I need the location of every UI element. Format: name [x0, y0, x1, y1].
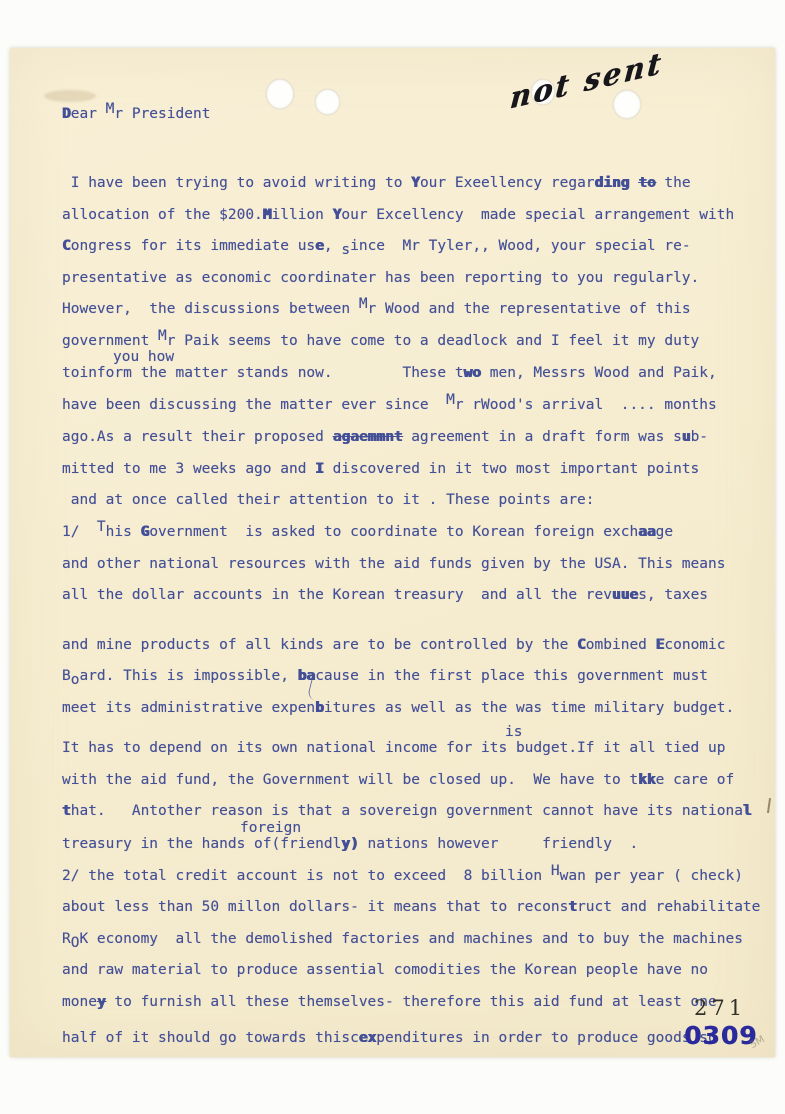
- overstruck-text: C: [62, 238, 71, 254]
- overstruck-text: Y: [333, 207, 342, 223]
- body-line-25: and raw material to produce assential co…: [62, 960, 708, 980]
- body-line-17: meet its administrative expenbitures as …: [62, 698, 734, 718]
- body-line-27: half of it should go towards thiscexpend…: [62, 1028, 717, 1048]
- body-line-4: presentative as economic coordinater has…: [62, 268, 699, 288]
- body-line-12: 1/ This Government is asked to coordinat…: [62, 522, 673, 542]
- raised-character: M: [158, 328, 167, 344]
- body-line-23: about less than 50 millon dollars- it me…: [62, 897, 760, 917]
- overstruck-text: kk: [638, 772, 655, 788]
- body-line-15: and mine products of all kinds are to be…: [62, 635, 725, 655]
- raised-character: M: [106, 101, 115, 117]
- raised-character: T: [97, 519, 106, 535]
- raised-character: H: [551, 863, 560, 879]
- overstruck-text: ding: [595, 175, 630, 191]
- overstruck-text: Y: [411, 175, 420, 191]
- page-number-stamp: 271: [694, 996, 746, 1020]
- struck-out-text: to: [638, 175, 655, 191]
- body-line-20: that. Antother reason is that a sovereig…: [62, 801, 752, 821]
- overstruck-text: b: [315, 700, 324, 716]
- smudge-mark: [44, 90, 96, 102]
- overstruck-text: t: [568, 899, 577, 915]
- lowered-character: O: [71, 935, 80, 951]
- lowered-character: s: [341, 242, 350, 258]
- body-line-21: treasury in the hands of(friendly) natio…: [62, 834, 638, 854]
- struck-out-text: agaemmnt: [333, 429, 403, 445]
- hole-punch: [315, 89, 340, 115]
- body-line-24: ROK economy all the demolished factories…: [62, 929, 743, 949]
- overstruck-text: y): [341, 836, 358, 852]
- body-line-14: all the dollar accounts in the Korean tr…: [62, 585, 708, 605]
- body-line-9: ago.As a result their proposed agaemmnt …: [62, 427, 708, 447]
- overstruck-text: D: [62, 106, 71, 122]
- body-line-26: money to furnish all these themselves- t…: [62, 992, 717, 1012]
- overstruck-text: wo: [464, 365, 481, 381]
- overstruck-text: I: [315, 461, 324, 477]
- body-line-10: mitted to me 3 weeks ago and I discovere…: [62, 459, 699, 479]
- overstruck-text: l: [743, 803, 752, 819]
- overstruck-text: u: [682, 429, 691, 445]
- archive-number-stamp: 0309: [684, 1021, 758, 1050]
- overstruck-text: t: [62, 803, 71, 819]
- overstruck-text: e: [315, 238, 324, 254]
- hole-punch: [613, 90, 641, 119]
- body-line-7: toinform the matter stands now. These tw…: [62, 363, 717, 383]
- body-line-8: have been discussing the matter ever sin…: [62, 395, 717, 415]
- body-line-1: I have been trying to avoid writing to Y…: [62, 173, 691, 193]
- body-line-13: and other national resources with the ai…: [62, 554, 725, 574]
- lowered-character: o: [71, 672, 80, 688]
- body-line-18: It has to depend on its own national inc…: [62, 738, 725, 758]
- raised-character: M: [359, 296, 368, 312]
- body-line-16: Board. This is impossible, bacause in th…: [62, 666, 708, 686]
- overstruck-text: C: [577, 637, 586, 653]
- overstruck-text: uue: [612, 587, 638, 603]
- overstruck-text: aa: [638, 524, 655, 540]
- overstruck-text: G: [141, 524, 150, 540]
- overstruck-text: E: [656, 637, 665, 653]
- raised-character: M: [446, 392, 455, 408]
- overstruck-text: M: [263, 207, 272, 223]
- body-line-5: However, the discussions between Mr Wood…: [62, 299, 691, 319]
- salutation-line: Dear Mr President: [62, 104, 210, 124]
- body-line-11: and at once called their attention to it…: [62, 490, 595, 510]
- struck-out-text: y: [97, 994, 106, 1010]
- body-line-3: Congress for its immediate use, since Mr…: [62, 236, 691, 256]
- body-line-22: 2/ the total credit account is not to ex…: [62, 866, 743, 886]
- scanned-letter-screenshot: { "paper": { "color": "#f6edd1", "ink": …: [0, 0, 785, 1114]
- body-line-19: with the aid fund, the Government will b…: [62, 770, 734, 790]
- hole-punch: [266, 79, 294, 109]
- overstruck-text: ex: [359, 1030, 376, 1046]
- body-line-2: allocation of the $200.Million Your Exce…: [62, 205, 734, 225]
